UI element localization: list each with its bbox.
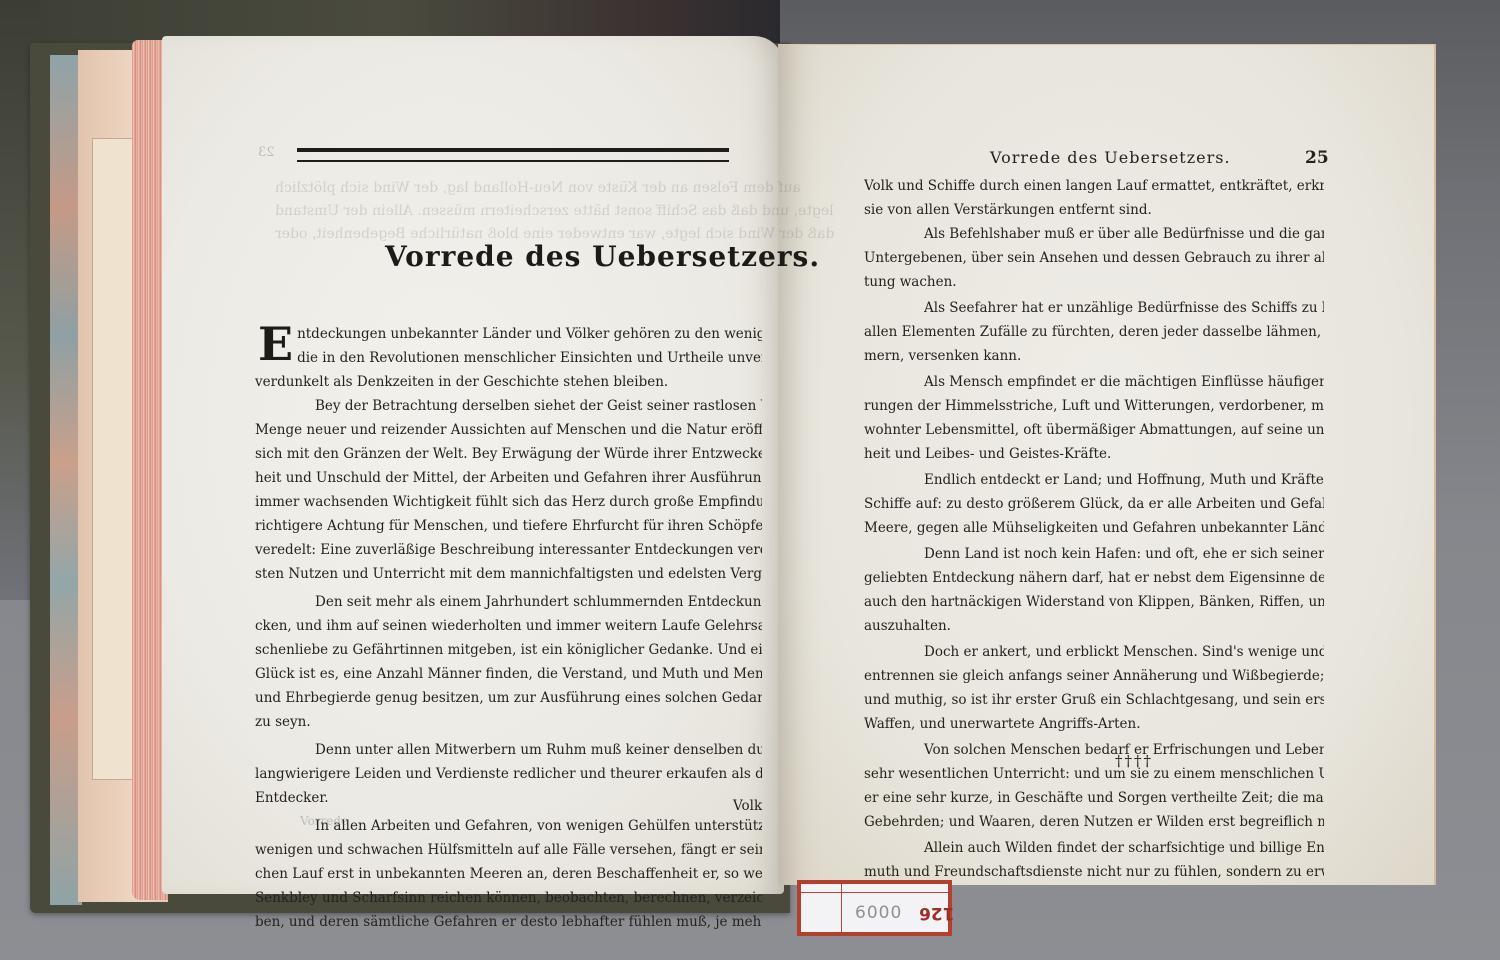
text-line: immer wachsenden Wichtigkeit fühlt sich … (255, 490, 762, 514)
text-line: wohnter Lebensmittel, oft übermäßiger Ab… (864, 418, 1324, 442)
text-line: Waffen, und unerwartete Angriffs-Arten. (864, 712, 1324, 736)
text-line: geliebten Entdeckung nähern darf, hat er… (864, 566, 1324, 590)
text-line: Als Seefahrer hat er unzählige Bedürfnis… (864, 296, 1324, 320)
text-line: schenliebe zu Gefährtinnen mitgeben, ist… (255, 638, 762, 662)
text-line: rungen der Himmelsstriche, Luft und Witt… (864, 394, 1324, 418)
text-line: er eine sehr kurze, in Geschäfte und Sor… (864, 786, 1324, 810)
text-line: ben, und deren sämtliche Gefahren er des… (255, 910, 762, 934)
paragraph: Als Befehlshaber muß er über alle Bedürf… (864, 222, 1324, 294)
text-line: Senkbley und Scharfsinn reichen können, … (255, 886, 762, 910)
text-line: Bey der Betrachtung derselben siehet der… (255, 394, 762, 418)
text-line: allen Elementen Zufälle zu fürchten, der… (864, 320, 1324, 344)
catchword: Volk (733, 798, 762, 814)
paragraph: In allen Arbeiten und Gefahren, von weni… (255, 814, 762, 934)
label-divider (841, 884, 842, 932)
text-line: chen Lauf erst in unbekannten Meeren an,… (255, 862, 762, 886)
text-line: Meere, gegen alle Mühseligkeiten und Gef… (864, 516, 1324, 540)
text-line: sie von allen Verstärkungen entfernt sin… (864, 198, 1324, 222)
running-head: Vorrede des Uebersetzers. (990, 148, 1231, 167)
paragraph: Endlich entdeckt er Land; und Hoffnung, … (864, 468, 1324, 540)
text-line: ntdeckungen unbekannter Länder und Völke… (297, 322, 762, 346)
label-number: 126 (919, 903, 955, 923)
text-line: Glück ist es, eine Anzahl Männer finden,… (255, 662, 762, 686)
text-line: Gebehrden; und Waaren, deren Nutzen er W… (864, 810, 1324, 834)
library-call-label: 6000 126 (797, 880, 952, 936)
text-line: verdunkelt als Denkzeiten in der Geschic… (255, 370, 762, 394)
paragraph: Volk und Schiffe durch einen langen Lauf… (864, 174, 1324, 222)
text-line: auszuhalten. (864, 614, 1324, 638)
text-line: heit und Unschuld der Mittel, der Arbeit… (255, 466, 762, 490)
paragraph: Bey der Betrachtung derselben siehet der… (255, 394, 762, 586)
text-line: und muthig, so ist ihr erster Gruß ein S… (864, 688, 1324, 712)
text-line: Endlich entdeckt er Land; und Hoffnung, … (864, 468, 1324, 492)
paragraph: Als Mensch empfindet er die mächtigen Ei… (864, 370, 1324, 466)
paragraph: Denn Land ist noch kein Hafen: und oft, … (864, 542, 1324, 638)
text-line: Denn Land ist noch kein Hafen: und oft, … (864, 542, 1324, 566)
bleed-through-text: auf dem Felsen an der Küste von Neu-Holl… (275, 180, 801, 196)
text-line: auch den hartnäckigen Widerstand von Kli… (864, 590, 1324, 614)
text-line: Den seit mehr als einem Jahrhundert schl… (255, 590, 762, 614)
drop-cap: E (258, 324, 293, 364)
paragraph: E ntdeckungen unbekannter Länder und Völ… (270, 322, 762, 394)
text-line: Als Befehlshaber muß er über alle Bedürf… (864, 222, 1324, 246)
signature-mark: †††† (1115, 752, 1153, 770)
bleed-through-note: Vorrede (300, 814, 348, 828)
label-number-mirrored: 6000 (855, 903, 902, 923)
chapter-title: Vorrede des Uebersetzers. (385, 240, 820, 273)
bleed-through-text: legte, und daß das Schiff sonst hätte ze… (275, 203, 834, 219)
text-line: Als Mensch empfindet er die mächtigen Ei… (864, 370, 1324, 394)
text-line: Von solchen Menschen bedarf er Erfrischu… (864, 738, 1324, 762)
text-line: Entdecker. (255, 786, 762, 810)
label-divider (801, 892, 948, 893)
text-line: die in den Revolutionen menschlicher Ein… (297, 346, 762, 370)
text-line: Doch er ankert, und erblickt Menschen. S… (864, 640, 1324, 664)
text-line: veredelt: Eine zuverläßige Beschreibung … (255, 538, 762, 562)
text-line: wenigen und schwachen Hülfsmitteln auf a… (255, 838, 762, 862)
text-line: richtigere Achtung für Menschen, und tie… (255, 514, 762, 538)
right-page-body: Volk und Schiffe durch einen langen Lauf… (864, 174, 1324, 884)
paragraph: Allein auch Wilden findet der scharfsich… (864, 836, 1324, 884)
paragraph: Doch er ankert, und erblickt Menschen. S… (864, 640, 1324, 736)
text-line: Volk und Schiffe durch einen langen Lauf… (864, 174, 1324, 198)
paragraph: Denn unter allen Mitwerbern um Ruhm muß … (255, 738, 762, 810)
text-line: und Ehrbegierde genug besitzen, um zur A… (255, 686, 762, 710)
paragraph: Den seit mehr als einem Jahrhundert schl… (255, 590, 762, 734)
text-line: cken, und ihm auf seinen wiederholten un… (255, 614, 762, 638)
ghost-page-number: 23 (258, 145, 275, 160)
text-line: sich mit den Gränzen der Welt. Bey Erwäg… (255, 442, 762, 466)
text-line: heit und Leibes- und Geistes-Kräfte. (864, 442, 1324, 466)
text-line: entrennen sie gleich anfangs seiner Annä… (864, 664, 1324, 688)
page-number: 25 (1305, 148, 1329, 168)
left-page-body: E ntdeckungen unbekannter Länder und Völ… (270, 322, 762, 934)
text-line: Allein auch Wilden findet der scharfsich… (864, 836, 1324, 860)
text-line: Menge neuer und reizender Aussichten auf… (255, 418, 762, 442)
text-line: Denn unter allen Mitwerbern um Ruhm muß … (255, 738, 762, 762)
text-line: mern, versenken kann. (864, 344, 1324, 368)
text-line: tung wachen. (864, 270, 1324, 294)
text-line: Untergebenen, über sein Ansehen und dess… (864, 246, 1324, 270)
text-line: sten Nutzen und Unterricht mit dem manni… (255, 562, 762, 586)
text-line: langwierigere Leiden und Verdienste redl… (255, 762, 762, 786)
header-double-rule (297, 148, 729, 162)
text-line: Schiffe auf: zu desto größerem Glück, da… (864, 492, 1324, 516)
text-line: zu seyn. (255, 710, 762, 734)
paragraph: Von solchen Menschen bedarf er Erfrischu… (864, 738, 1324, 834)
text-line: sehr wesentlichen Unterricht: und um sie… (864, 762, 1324, 786)
paragraph: Als Seefahrer hat er unzählige Bedürfnis… (864, 296, 1324, 368)
